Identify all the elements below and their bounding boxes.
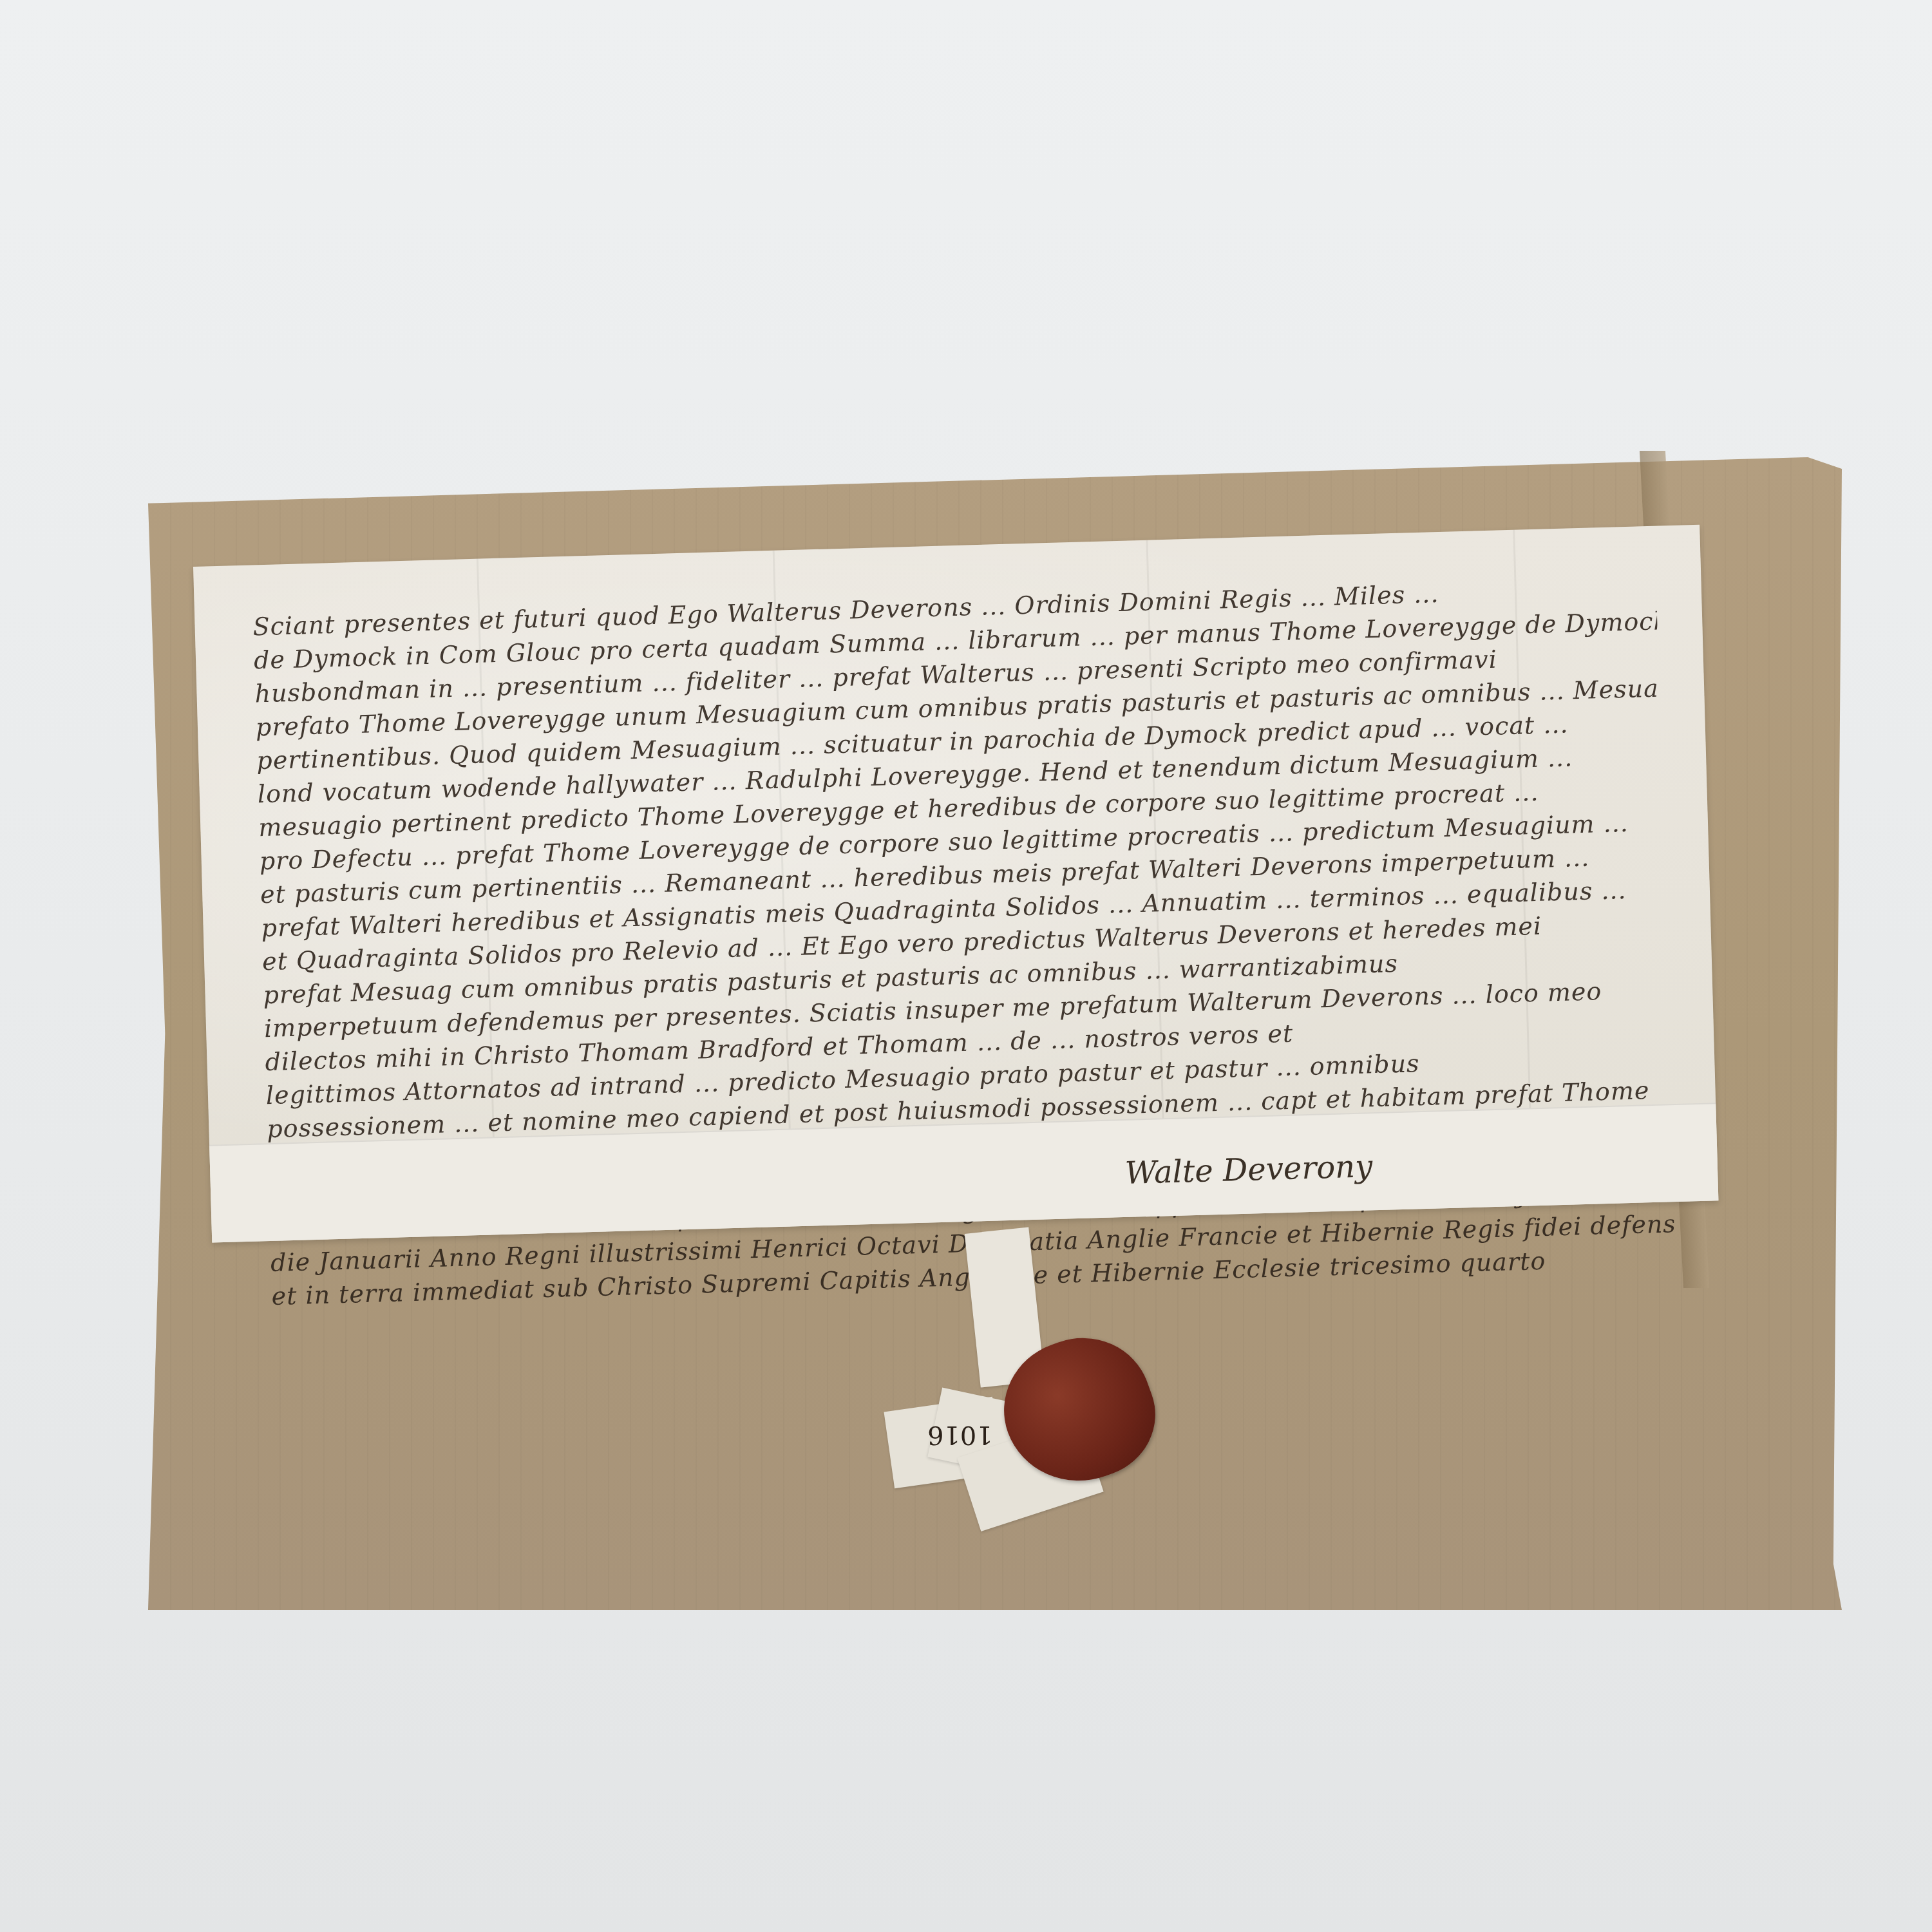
photo-scene: Sciant presentes et futuri quod Ego Walt… <box>0 0 1932 1932</box>
parchment-deed: Sciant presentes et futuri quod Ego Walt… <box>193 525 1718 1243</box>
label-number: 1016 <box>927 1420 993 1450</box>
endorsement-signature: Walte Deverony <box>1124 1148 1373 1191</box>
